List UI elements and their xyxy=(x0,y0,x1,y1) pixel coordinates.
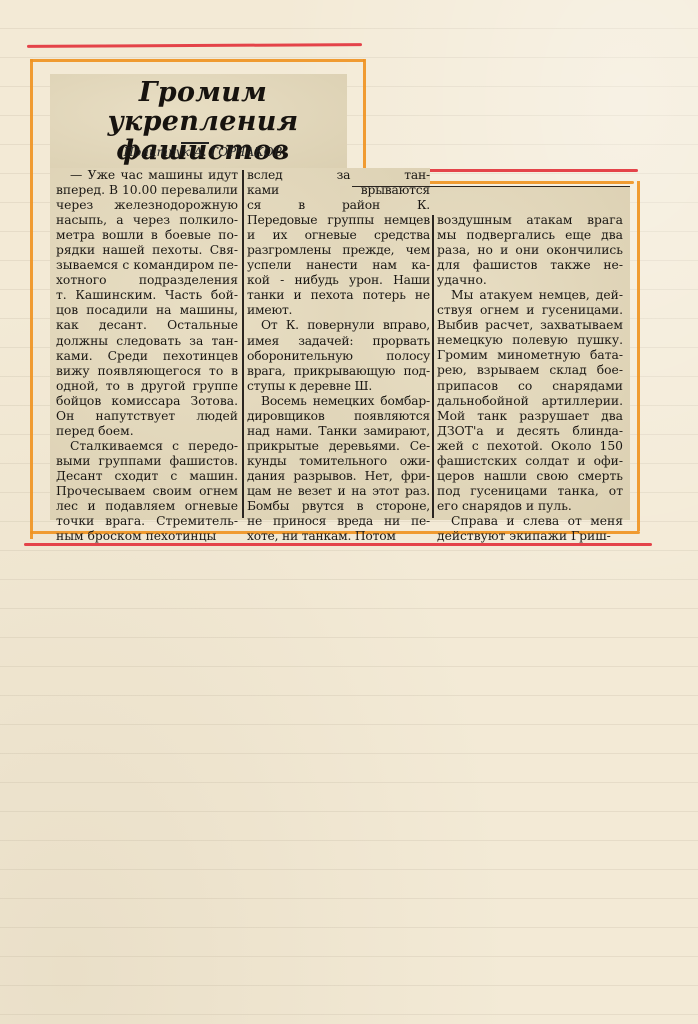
article-line: имея задачей: прорвать xyxy=(247,334,430,349)
article-line: Бомбы рвутся в стороне, xyxy=(247,499,430,514)
article-line: разгромлены прежде, чем xyxy=(247,243,430,258)
article-line: удачно. xyxy=(437,273,623,288)
article-line: должны следовать за тан- xyxy=(56,334,238,349)
article-line: через железнодорожную xyxy=(56,198,238,213)
headline-line-1: Громим укрепления xyxy=(58,78,348,136)
article-line: хотного подразделения xyxy=(56,273,238,288)
article-line: вперед. В 10.00 перевалили xyxy=(56,183,238,198)
article-line: дальнобойной артиллерии. xyxy=(437,394,623,409)
article-line: вижу появляющегося то в xyxy=(56,364,238,379)
article-line: оборонительную полосу xyxy=(247,349,430,364)
article-line: ным броском пехотинцы xyxy=(56,529,238,544)
article-line: как десант. Остальные xyxy=(56,318,238,333)
column-separator-2 xyxy=(432,215,434,518)
article-line: Справа и слева от меня xyxy=(437,514,623,529)
top-orange-rule xyxy=(30,59,365,62)
article-line: цам не везет и на этот раз. xyxy=(247,484,430,499)
article-line: насыпь, а через полкило- xyxy=(56,213,238,228)
article-line: Выбив расчет, захватываем xyxy=(437,318,623,333)
article-line: точки врага. Стремитель- xyxy=(56,514,238,529)
article-line: дировщиков появляются xyxy=(247,409,430,424)
article-line: кунды томительного ожи- xyxy=(247,454,430,469)
article-line: ствуя огнем и гусеницами. xyxy=(437,303,623,318)
article-line: немецкую полевую пушку. xyxy=(437,333,623,348)
top-red-rule xyxy=(27,43,362,48)
article-line: прикрытые деревьями. Се- xyxy=(247,439,430,454)
mid-orange-rule xyxy=(363,59,366,184)
article-line: не принося вреда ни пе- xyxy=(247,514,430,529)
article-line: хоте, ни танкам. Потом xyxy=(247,529,430,544)
headline-dash xyxy=(181,142,209,144)
right-orange-rule xyxy=(637,181,640,531)
article-line: Он напутствует людей xyxy=(56,409,238,424)
article-line: Сталкиваемся с передо- xyxy=(56,439,238,454)
article-line: ступы к деревне Ш. xyxy=(247,379,430,394)
article-line: Мы атакуем немцев, дей- xyxy=(437,288,623,303)
article-line: жей с пехотой. Около 150 xyxy=(437,439,623,454)
article-line: рядки нашей пехоты. Свя- xyxy=(56,243,238,258)
article-line: перед боем. xyxy=(56,424,238,439)
article-line: лес и подавляем огневые xyxy=(56,499,238,514)
article-line: имеют. xyxy=(247,303,430,318)
article-line: церов нашли свою смерть xyxy=(437,469,623,484)
left-orange-rule xyxy=(30,59,33,539)
article-line: его снарядов и пуль. xyxy=(437,499,623,514)
article-line: припасов со снарядами xyxy=(437,379,623,394)
article-line: Передовые группы немцев xyxy=(247,213,430,228)
article-line: действуют экипажи Гриш- xyxy=(437,529,623,544)
article-line: Восемь немецких бомбар- xyxy=(247,394,430,409)
article-line: под гусеницами танка, от xyxy=(437,484,623,499)
article-line: ками врываются xyxy=(247,183,430,198)
article-line: вслед за тан- xyxy=(247,168,430,183)
article-line: ками. Среди пехотинцев xyxy=(56,349,238,364)
article-line: танки и пехота потерь не xyxy=(247,288,430,303)
album-page: Громим укрепления фашистов Политрук А. Г… xyxy=(0,0,698,1024)
article-line: рею, взрываем склад бое- xyxy=(437,363,623,378)
article-line: От К. повернули вправо, xyxy=(247,318,430,333)
article-line: — Уже час машины идут xyxy=(56,168,238,183)
article-line: выми группами фашистов. xyxy=(56,454,238,469)
article-line: фашистских солдат и офи- xyxy=(437,454,623,469)
article-line: дания разрывов. Нет, фри- xyxy=(247,469,430,484)
article-line: для фашистов также не- xyxy=(437,258,623,273)
article-column-2: вслед за тан-ками врываютсяся в район К.… xyxy=(247,168,430,544)
article-line: Громим минометную бата- xyxy=(437,348,623,363)
article-line: врага, прикрывающую под- xyxy=(247,364,430,379)
article-line: раза, но и они окончились xyxy=(437,243,623,258)
article-line: Прочесываем своим огнем xyxy=(56,484,238,499)
article-line: т. Кашинским. Часть бой- xyxy=(56,288,238,303)
article-line: мы подвергались еще два xyxy=(437,228,623,243)
article-line: успели нанести нам ка- xyxy=(247,258,430,273)
article-line: зываемся с командиром пе- xyxy=(56,258,238,273)
article-column-3: воздушным атакам врагамы подвергались ещ… xyxy=(437,213,623,544)
article-line: воздушным атакам врага xyxy=(437,213,623,228)
article-byline: Политрук А. ГОРЧАКОВ xyxy=(58,145,348,159)
article-column-1: — Уже час машины идутвперед. В 10.00 пер… xyxy=(56,168,238,544)
article-line: бойцов комиссара Зотова. xyxy=(56,394,238,409)
article-line: Десант сходит с машин. xyxy=(56,469,238,484)
article-line: кой - нибудь урон. Наши xyxy=(247,273,430,288)
article-line: метра вошли в боевые по- xyxy=(56,228,238,243)
article-line: ДЗОТ'а и десять блинда- xyxy=(437,424,623,439)
article-line: цов посадили на машины, xyxy=(56,303,238,318)
article-line: одной, то в другой группе xyxy=(56,379,238,394)
article-line: Мой танк разрушает два xyxy=(437,409,623,424)
article-line: ся в район К. xyxy=(247,198,430,213)
article-line: и их огневые средства xyxy=(247,228,430,243)
article-line: над нами. Танки замирают, xyxy=(247,424,430,439)
column-separator-1 xyxy=(242,170,244,518)
